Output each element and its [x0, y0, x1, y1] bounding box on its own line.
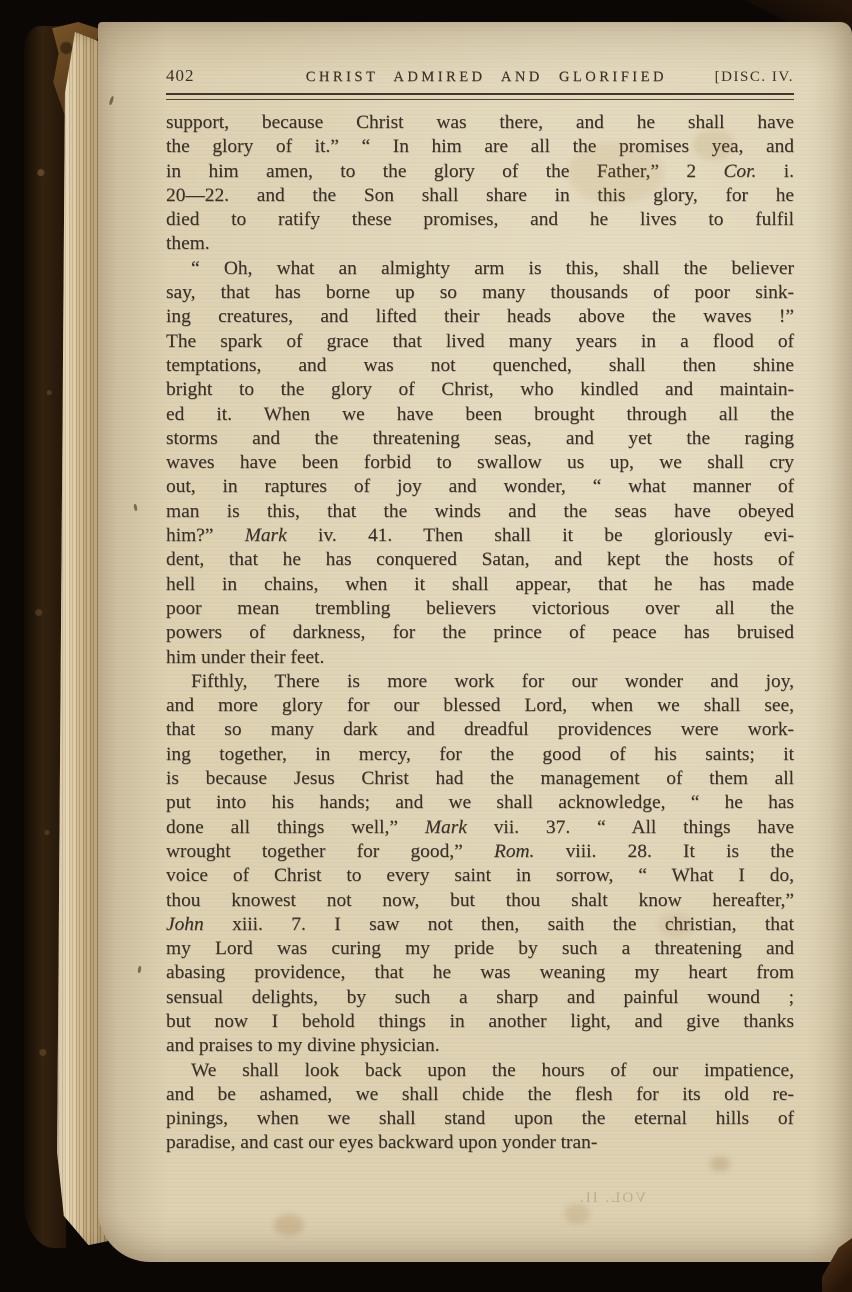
show-through-text: VOL. II.	[578, 1190, 646, 1207]
text-line: paradise, and cast our eyes backward upo…	[166, 1131, 794, 1155]
text-line: him?” Mark iv. 41. Then shall it be glor…	[166, 524, 794, 548]
stain	[564, 1204, 590, 1224]
text-line: put into his hands; and we shall acknowl…	[166, 791, 794, 815]
page-number: 402	[166, 66, 258, 86]
text-line: dent, that he has conquered Satan, and k…	[166, 548, 794, 572]
text-line: thou knowest not now, but thou shalt kno…	[166, 889, 794, 913]
text-line: ed it. When we have been brought through…	[166, 403, 794, 427]
text-line: and more glory for our blessed Lord, whe…	[166, 694, 794, 718]
text-line: poor mean trembling believers victorious…	[166, 597, 794, 621]
header-double-rule	[166, 93, 794, 100]
text-line: man is this, that the winds and the seas…	[166, 500, 794, 524]
text-line: but now I behold things in another light…	[166, 1010, 794, 1034]
running-title: CHRIST ADMIRED AND GLORIFIED	[258, 69, 715, 86]
text-line: abasing providence, that he was weaning …	[166, 961, 794, 985]
text-line: “ Oh, what an almighty arm is this, shal…	[166, 257, 794, 281]
ink-speck	[133, 504, 137, 511]
text-line: done all things well,” Mark vii. 37. “ A…	[166, 816, 794, 840]
text-line: them.	[166, 232, 794, 256]
text-line: that so many dark and dreadful providenc…	[166, 718, 794, 742]
book-page: 402 CHRIST ADMIRED AND GLORIFIED [DISC. …	[98, 22, 852, 1262]
ink-speck	[137, 966, 141, 973]
text-line: ing creatures, and lifted their heads ab…	[166, 305, 794, 329]
text-line: ing together, in mercy, for the good of …	[166, 743, 794, 767]
text-line: my Lord was curing my pride by such a th…	[166, 937, 794, 961]
text-line: storms and the threatening seas, and yet…	[166, 427, 794, 451]
discourse-label: [DISC. IV.	[715, 69, 794, 86]
text-line: wrought together for good,” Rom. viii. 2…	[166, 840, 794, 864]
text-line: pinings, when we shall stand upon the et…	[166, 1107, 794, 1131]
text-line: temptations, and was not quenched, shall…	[166, 354, 794, 378]
photo-of-open-book: 402 CHRIST ADMIRED AND GLORIFIED [DISC. …	[0, 0, 852, 1292]
stain	[568, 142, 664, 204]
text-line: in him amen, to the glory of the Father,…	[166, 160, 794, 184]
text-line: and be ashamed, we shall chide the flesh…	[166, 1083, 794, 1107]
text-line: hell in chains, when it shall appear, th…	[166, 573, 794, 597]
text-line: him under their feet.	[166, 646, 794, 670]
text-line: Fifthly, There is more work for our wond…	[166, 670, 794, 694]
text-line: say, that has borne up so many thousands…	[166, 281, 794, 305]
text-line: is because Jesus Christ had the manageme…	[166, 767, 794, 791]
body-text: support, because Christ was there, and h…	[166, 111, 794, 1156]
stain	[693, 130, 735, 160]
text-line: powers of darkness, for the prince of pe…	[166, 621, 794, 645]
text-line: voice of Christ to every saint in sorrow…	[166, 864, 794, 888]
stain	[274, 1214, 304, 1236]
ink-speck	[109, 96, 114, 105]
text-line: bright to the glory of Christ, who kindl…	[166, 378, 794, 402]
text-line: support, because Christ was there, and h…	[166, 111, 794, 135]
text-line: John xiii. 7. I saw not then, saith the …	[166, 913, 794, 937]
text-line: The spark of grace that lived many years…	[166, 330, 794, 354]
text-line: waves have been forbid to swallow us up,…	[166, 451, 794, 475]
text-line: out, in raptures of joy and wonder, “ wh…	[166, 475, 794, 499]
text-line: and praises to my divine physician.	[166, 1034, 794, 1058]
text-line: We shall look back upon the hours of our…	[166, 1059, 794, 1083]
text-column: 402 CHRIST ADMIRED AND GLORIFIED [DISC. …	[166, 66, 794, 1156]
text-line: died to ratify these promises, and he li…	[166, 208, 794, 232]
stain	[658, 912, 694, 938]
running-header: 402 CHRIST ADMIRED AND GLORIFIED [DISC. …	[166, 66, 794, 86]
text-line: sensual delights, by such a sharp and pa…	[166, 986, 794, 1010]
stain	[710, 1156, 730, 1172]
text-line: 20—22. and the Son shall share in this g…	[166, 184, 794, 208]
